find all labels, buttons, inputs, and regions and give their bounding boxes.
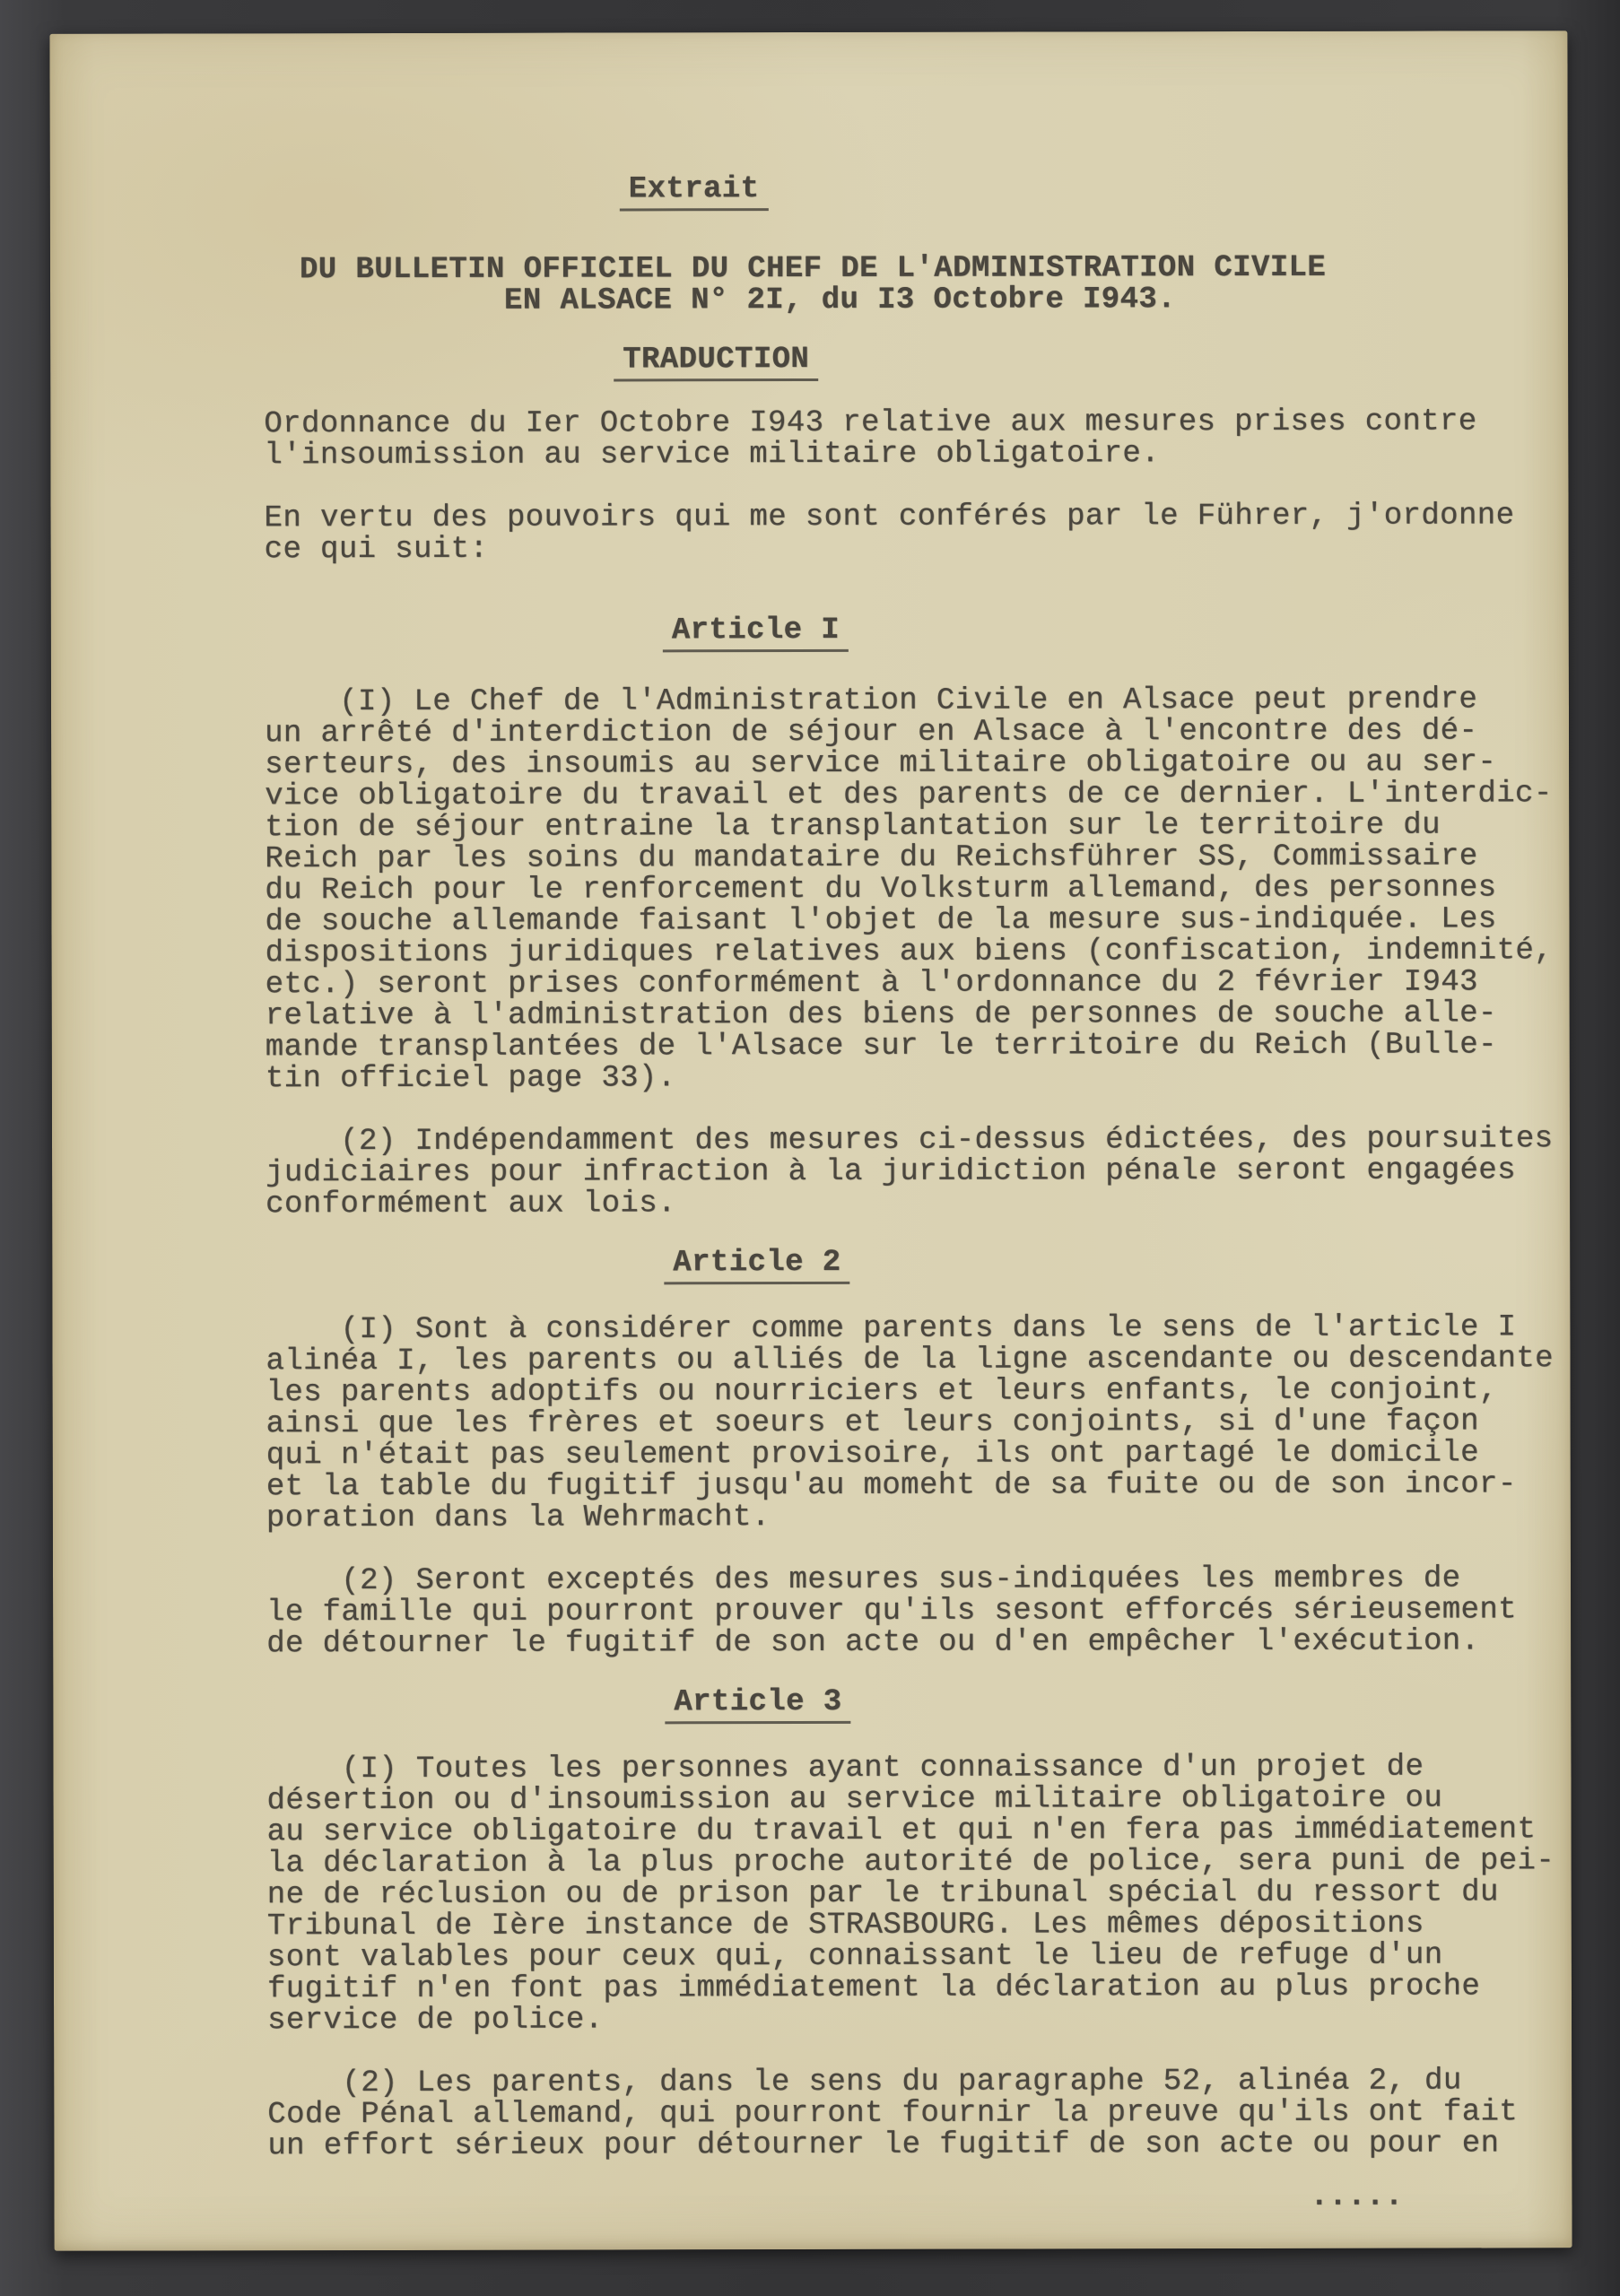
document-title: Extrait [620, 174, 769, 211]
document-subtitle-line2: EN ALSACE N° 2I, du I3 Octobre I943. [504, 284, 1176, 317]
continuation-dots: ..... [1310, 2182, 1403, 2213]
intro-paragraph: Ordonnance du Ier Octobre I943 relative … [264, 406, 1476, 472]
article-2-heading: Article 2 [664, 1248, 849, 1284]
article-1-heading: Article I [663, 615, 849, 652]
article-3-paragraph-2: (2) Les parents, dans le sens du paragra… [267, 2066, 1518, 2162]
document-page: Extrait DU BULLETIN OFFICIEL DU CHEF DE … [49, 30, 1572, 2251]
article-1-paragraph-2: (2) Indépendamment des mesures ci-dessus… [266, 1124, 1554, 1221]
intro-paragraph: En vertu des pouvoirs qui me sont confér… [265, 500, 1515, 566]
article-1-paragraph-1: (I) Le Chef de l'Administration Civile e… [265, 684, 1553, 1095]
article-2-paragraph-2: (2) Seront exceptés des mesures sus-indi… [266, 1563, 1517, 1660]
document-subtitle-line1: DU BULLETIN OFFICIEL DU CHEF DE L'ADMINI… [300, 253, 1326, 286]
article-3-paragraph-1: (I) Toutes les personnes ayant connaissa… [266, 1752, 1555, 2037]
article-2-paragraph-1: (I) Sont à considérer comme parents dans… [266, 1312, 1554, 1535]
section-label-traduction: TRADUCTION [614, 344, 818, 381]
article-3-heading: Article 3 [665, 1687, 850, 1724]
